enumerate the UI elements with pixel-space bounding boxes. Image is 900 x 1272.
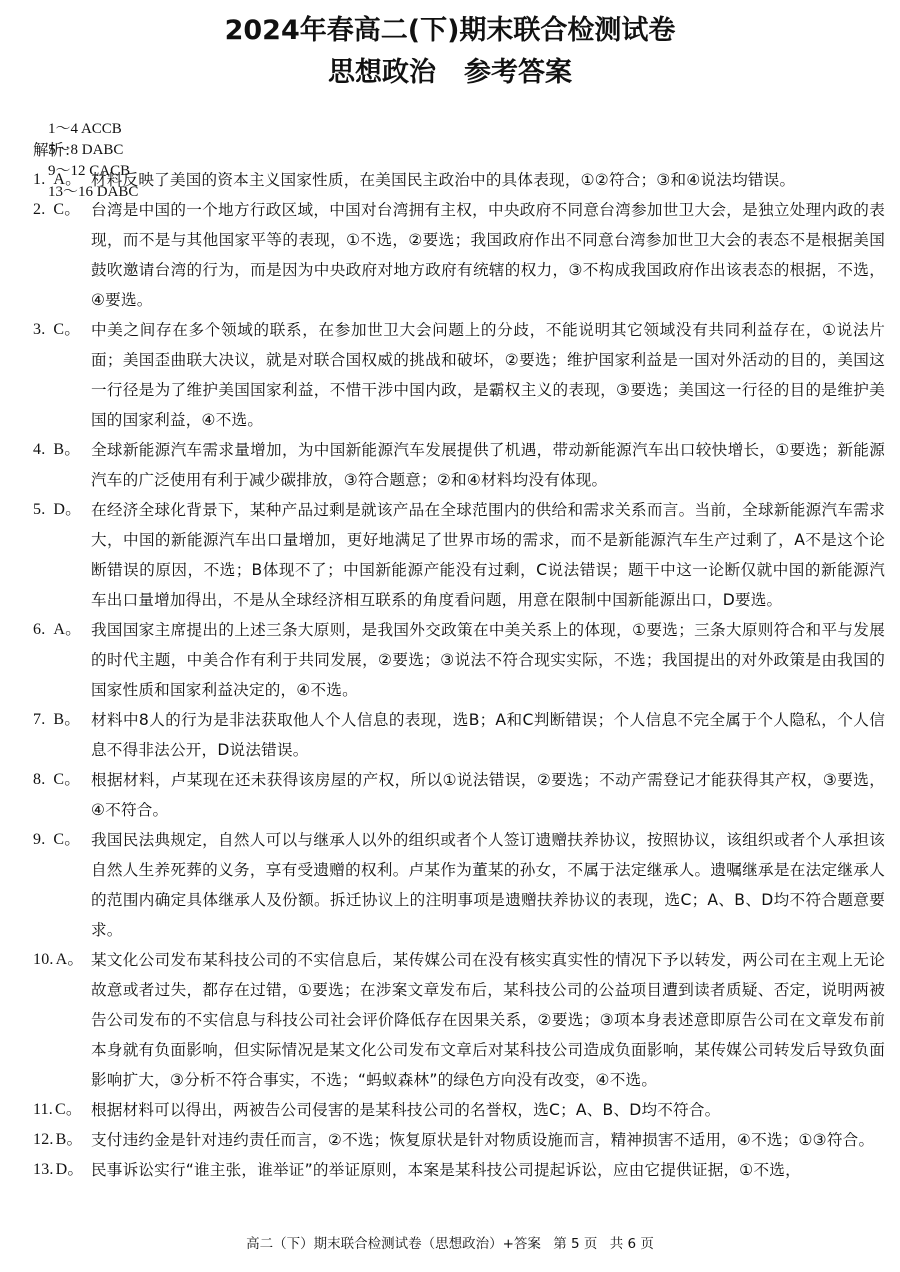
item-explanation: 我国国家主席提出的上述三条大原则，是我国外交政策在中美关系上的体现，①要选；三条… bbox=[91, 615, 885, 705]
footer-page-total: 共 6 页 bbox=[610, 1236, 654, 1252]
analysis-item: 7.B。 材料中8人的行为是非法获取他人个人信息的表现，选B；A和C判断错误；个… bbox=[33, 705, 885, 765]
item-number-wrap: 1.A。 bbox=[33, 165, 91, 195]
item-explanation: 支付违约金是针对违约责任而言，②不选；恢复原状是针对物质设施而言，精神损害不适用… bbox=[91, 1125, 885, 1155]
item-explanation: 民事诉讼实行“谁主张，谁举证”的举证原则，本案是某科技公司提起诉讼，应由它提供证… bbox=[91, 1155, 885, 1185]
item-number: 9. bbox=[33, 831, 45, 848]
answer-key-values: ACCB bbox=[81, 121, 122, 137]
item-number-wrap: 11.C。 bbox=[33, 1095, 91, 1125]
page-footer: 高二（下）期末联合检测试卷（思想政治）+答案 第 5 页 共 6 页 bbox=[0, 1232, 900, 1252]
item-answer: A。 bbox=[53, 621, 81, 638]
item-number-wrap: 2.C。 bbox=[33, 195, 91, 315]
item-number-wrap: 7.B。 bbox=[33, 705, 91, 765]
item-answer: D。 bbox=[53, 501, 81, 518]
item-number-wrap: 8.C。 bbox=[33, 765, 91, 825]
item-answer: C。 bbox=[53, 321, 80, 338]
analysis-item: 13.D。 民事诉讼实行“谁主张，谁举证”的举证原则，本案是某科技公司提起诉讼，… bbox=[33, 1155, 885, 1185]
analysis-item: 11.C。 根据材料可以得出，两被告公司侵害的是某科技公司的名誉权，选C；A、B… bbox=[33, 1095, 885, 1125]
item-answer: C。 bbox=[53, 201, 80, 218]
analysis-item: 10.A。 某文化公司发布某科技公司的不实信息后，某传媒公司在没有核实真实性的情… bbox=[33, 945, 885, 1095]
item-number-wrap: 12.B。 bbox=[33, 1125, 91, 1155]
item-number: 10. bbox=[33, 951, 54, 968]
item-number-wrap: 10.A。 bbox=[33, 945, 91, 1095]
answer-key-group: 1～4 ACCB bbox=[48, 121, 122, 137]
item-answer: C。 bbox=[53, 831, 80, 848]
analysis-item: 8.C。 根据材料，卢某现在还未获得该房屋的产权，所以①说法错误，②要选；不动产… bbox=[33, 765, 885, 825]
answer-key-values: DABC bbox=[82, 142, 124, 158]
item-number-wrap: 4.B。 bbox=[33, 435, 91, 495]
item-number: 12. bbox=[33, 1131, 54, 1148]
item-explanation: 全球新能源汽车需求量增加，为中国新能源汽车发展提供了机遇，带动新能源汽车出口较快… bbox=[91, 435, 885, 495]
item-answer: D。 bbox=[56, 1161, 84, 1178]
item-number: 11. bbox=[33, 1101, 53, 1118]
item-explanation: 材料反映了美国的资本主义国家性质，在美国民主政治中的具体表现，①②符合；③和④说… bbox=[91, 165, 885, 195]
item-explanation: 材料中8人的行为是非法获取他人个人信息的表现，选B；A和C判断错误；个人信息不完… bbox=[91, 705, 885, 765]
item-number-wrap: 13.D。 bbox=[33, 1155, 91, 1185]
item-number: 13. bbox=[33, 1161, 54, 1178]
item-number: 1. bbox=[33, 171, 45, 188]
item-number: 7. bbox=[33, 711, 45, 728]
item-answer: B。 bbox=[53, 711, 80, 728]
analysis-item: 3.C。 中美之间存在多个领域的联系，在参加世卫大会问题上的分歧，不能说明其它领… bbox=[33, 315, 885, 435]
subject-label: 思想政治 bbox=[328, 57, 436, 88]
item-number-wrap: 3.C。 bbox=[33, 315, 91, 435]
document-subtitle: 思想政治参考答案 bbox=[0, 50, 900, 89]
answer-key-range: 1～4 bbox=[48, 121, 78, 137]
item-explanation: 根据材料可以得出，两被告公司侵害的是某科技公司的名誉权，选C；A、B、D均不符合… bbox=[91, 1095, 885, 1125]
item-explanation: 某文化公司发布某科技公司的不实信息后，某传媒公司在没有核实真实性的情况下予以转发… bbox=[91, 945, 885, 1095]
item-explanation: 台湾是中国的一个地方行政区域，中国对台湾拥有主权，中央政府不同意台湾参加世卫大会… bbox=[91, 195, 885, 315]
analysis-list: 1.A。 材料反映了美国的资本主义国家性质，在美国民主政治中的具体表现，①②符合… bbox=[33, 165, 885, 1185]
analysis-item: 9.C。 我国民法典规定，自然人可以与继承人以外的组织或者个人签订遗赠扶养协议，… bbox=[33, 825, 885, 945]
item-number-wrap: 5.D。 bbox=[33, 495, 91, 615]
analysis-heading: 解析： bbox=[33, 138, 80, 160]
analysis-item: 6.A。 我国国家主席提出的上述三条大原则，是我国外交政策在中美关系上的体现，①… bbox=[33, 615, 885, 705]
footer-doc-name: 高二（下）期末联合检测试卷（思想政治）+答案 bbox=[246, 1236, 541, 1252]
analysis-item: 2.C。 台湾是中国的一个地方行政区域，中国对台湾拥有主权，中央政府不同意台湾参… bbox=[33, 195, 885, 315]
item-number: 4. bbox=[33, 441, 45, 458]
item-number-wrap: 9.C。 bbox=[33, 825, 91, 945]
item-answer: A。 bbox=[53, 171, 81, 188]
footer-page-current: 第 5 页 bbox=[553, 1236, 597, 1252]
item-answer: C。 bbox=[55, 1101, 82, 1118]
document-title: 2024年春高二(下)期末联合检测试卷 bbox=[0, 8, 900, 47]
item-explanation: 在经济全球化背景下，某种产品过剩是就该产品在全球范围内的供给和需求关系而言。当前… bbox=[91, 495, 885, 615]
item-answer: B。 bbox=[56, 1131, 83, 1148]
item-number: 2. bbox=[33, 201, 45, 218]
item-explanation: 根据材料，卢某现在还未获得该房屋的产权，所以①说法错误，②要选；不动产需登记才能… bbox=[91, 765, 885, 825]
item-explanation: 我国民法典规定，自然人可以与继承人以外的组织或者个人签订遗赠扶养协议，按照协议，… bbox=[91, 825, 885, 945]
analysis-item: 4.B。 全球新能源汽车需求量增加，为中国新能源汽车发展提供了机遇，带动新能源汽… bbox=[33, 435, 885, 495]
item-number: 5. bbox=[33, 501, 45, 518]
item-explanation: 中美之间存在多个领域的联系，在参加世卫大会问题上的分歧，不能说明其它领域没有共同… bbox=[91, 315, 885, 435]
item-number: 6. bbox=[33, 621, 45, 638]
answer-sheet-page: 2024年春高二(下)期末联合检测试卷 思想政治参考答案 1～4 ACCB 5～… bbox=[0, 0, 900, 1272]
answer-label: 参考答案 bbox=[464, 57, 572, 88]
analysis-item: 5.D。 在经济全球化背景下，某种产品过剩是就该产品在全球范围内的供给和需求关系… bbox=[33, 495, 885, 615]
analysis-item: 12.B。 支付违约金是针对违约责任而言，②不选；恢复原状是针对物质设施而言，精… bbox=[33, 1125, 885, 1155]
analysis-item: 1.A。 材料反映了美国的资本主义国家性质，在美国民主政治中的具体表现，①②符合… bbox=[33, 165, 885, 195]
item-number-wrap: 6.A。 bbox=[33, 615, 91, 705]
item-answer: A。 bbox=[56, 951, 84, 968]
item-number: 3. bbox=[33, 321, 45, 338]
item-answer: B。 bbox=[53, 441, 80, 458]
item-answer: C。 bbox=[53, 771, 80, 788]
item-number: 8. bbox=[33, 771, 45, 788]
